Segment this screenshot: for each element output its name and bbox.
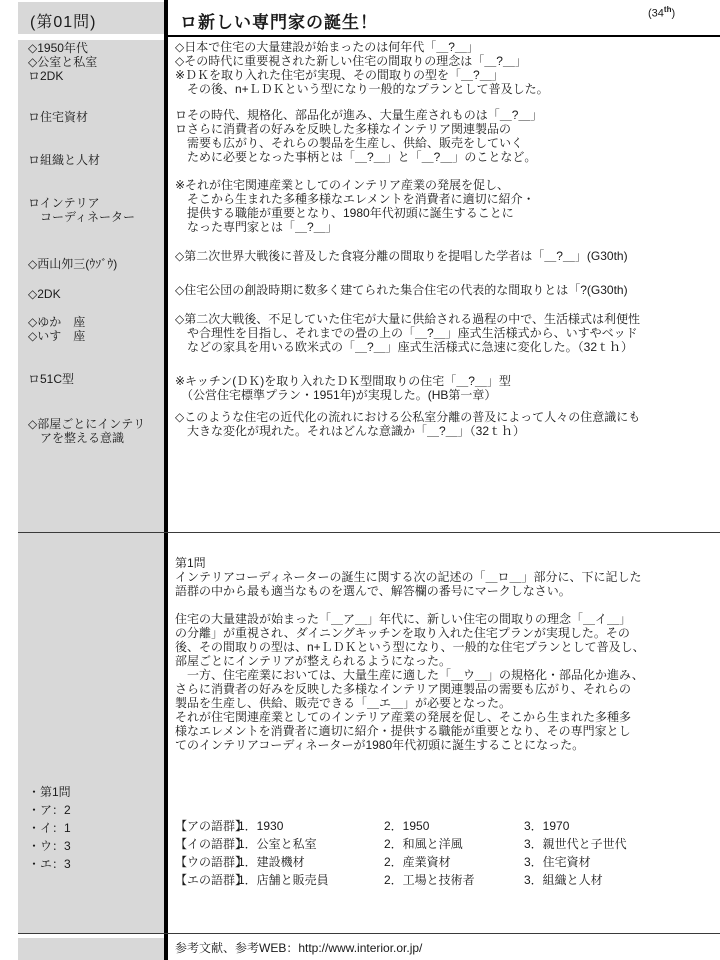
edition-badge: (34th)	[648, 5, 675, 20]
note-block: ◇住宅公団の創設時期に数多く建てられた集合住宅の代表的な間取りとは「?(G30t…	[175, 283, 715, 297]
sidebar-keyword: ロ住宅資材	[28, 110, 88, 124]
footer-reference: 参考文献、参考WEB：http://www.interior.or.jp/	[175, 939, 422, 956]
note-block: ※それが住宅関連産業としてのインテリア産業の発展を促し、 そこから生まれた多種多…	[175, 178, 715, 234]
word-group-option: 2．工場と技術者	[384, 871, 475, 888]
sidebar-keyword: ◇西山夘三(ｳｿﾞｳ)	[28, 257, 117, 271]
word-group-label: 【ウの語群】	[175, 853, 247, 870]
word-group-label: 【イの語群】	[175, 835, 247, 852]
word-group-option: 1．1930	[238, 817, 283, 834]
note-block: ◇第二次大戦後、不足していた住宅が大量に供給される過程の中で、生活様式は利便性 …	[175, 312, 715, 354]
note-block: ◇このような住宅の近代化の流れにおける公私室分離の普及によって人々の住意識にも …	[175, 410, 715, 438]
word-group-option: 3．1970	[524, 817, 569, 834]
sidebar	[18, 40, 164, 933]
title-underline	[164, 35, 720, 37]
word-group-label: 【エの語群】	[175, 871, 247, 888]
header-question-box: (第01問)	[18, 2, 164, 34]
sidebar-keyword: アを整える意識	[28, 431, 124, 445]
word-group-option: 2．1950	[384, 817, 429, 834]
word-group-row: 【ウの語群】 1．建設機材 2．産業資材 3．住宅資材	[0, 853, 720, 869]
note-block: ◇日本で住宅の大量建設が始まったのは何年代「＿?＿」 ◇その時代に重要視された新…	[175, 40, 715, 96]
sidebar-keyword: ◇いす 座	[28, 329, 85, 343]
question-number: (第01問)	[30, 9, 96, 32]
word-group-option: 3．親世代と子世代	[524, 835, 627, 852]
worksheet-page: (第01問) ◇1950年代 ◇公室と私室 ロ2DK ロ住宅資材 ロ組織と人材 …	[0, 0, 720, 960]
word-group-row: 【イの語群】 1．公室と私室 2．和風と洋風 3．親世代と子世代	[0, 835, 720, 851]
note-block: ◇第二次世界大戦後に普及した食寝分離の間取りを提唱した学者は「＿?＿」(G30t…	[175, 249, 715, 263]
sidebar-keyword: ロ51C型	[28, 372, 74, 386]
footer-left-box	[18, 938, 164, 960]
footer-divider	[18, 933, 720, 934]
word-group-row: 【エの語群】 1．店舗と販売員 2．工場と技術者 3．組織と人材	[0, 871, 720, 887]
word-group-option: 1．店舗と販売員	[238, 871, 329, 888]
question-text: 第1問 インテリアコーディネーターの誕生に関する次の記述の「＿ロ＿」部分に、下に…	[175, 556, 715, 752]
edition-suffix: )	[671, 8, 675, 20]
edition-prefix: (34	[648, 8, 664, 20]
sidebar-keyword: ロインテリア	[28, 196, 100, 210]
word-group-option: 1．建設機材	[238, 853, 305, 870]
word-group-option: 2．産業資材	[384, 853, 451, 870]
sidebar-keyword: ロ組織と人材	[28, 153, 100, 167]
note-block: ※キッチン(ＤＫ)を取り入れたＤＫ型間取りの住宅「＿?＿」型 （公営住宅標準プラ…	[175, 374, 715, 402]
sidebar-keyword: ◇ゆか 座	[28, 315, 85, 329]
sidebar-keyword: ◇部屋ごとにインテリ	[28, 417, 145, 431]
sidebar-keyword: ◇1950年代	[28, 41, 88, 55]
note-block: ロその時代、規格化、部品化が進み、大量生産されものは「＿?＿」 ロさらに消費者の…	[175, 108, 715, 164]
word-group-label: 【アの語群】	[175, 817, 247, 834]
word-group-row: 【アの語群】 1．1930 2．1950 3．1970	[0, 817, 720, 833]
sidebar-answer: ・第1問	[28, 785, 71, 799]
section-divider	[18, 532, 720, 533]
word-group-option: 2．和風と洋風	[384, 835, 463, 852]
page-title: ロ新しい専門家の誕生！	[180, 8, 378, 33]
word-group-option: 3．組織と人材	[524, 871, 603, 888]
sidebar-keyword: ロ2DK	[28, 69, 63, 83]
sidebar-keyword: ◇公室と私室	[28, 55, 97, 69]
sidebar-keyword: ◇2DK	[28, 287, 61, 301]
sidebar-keyword: コーディネーター	[28, 210, 135, 224]
word-group-option: 3．住宅資材	[524, 853, 591, 870]
sidebar-answer: ・ア：2	[28, 803, 71, 817]
vertical-divider	[164, 0, 168, 960]
word-group-option: 1．公室と私室	[238, 835, 317, 852]
